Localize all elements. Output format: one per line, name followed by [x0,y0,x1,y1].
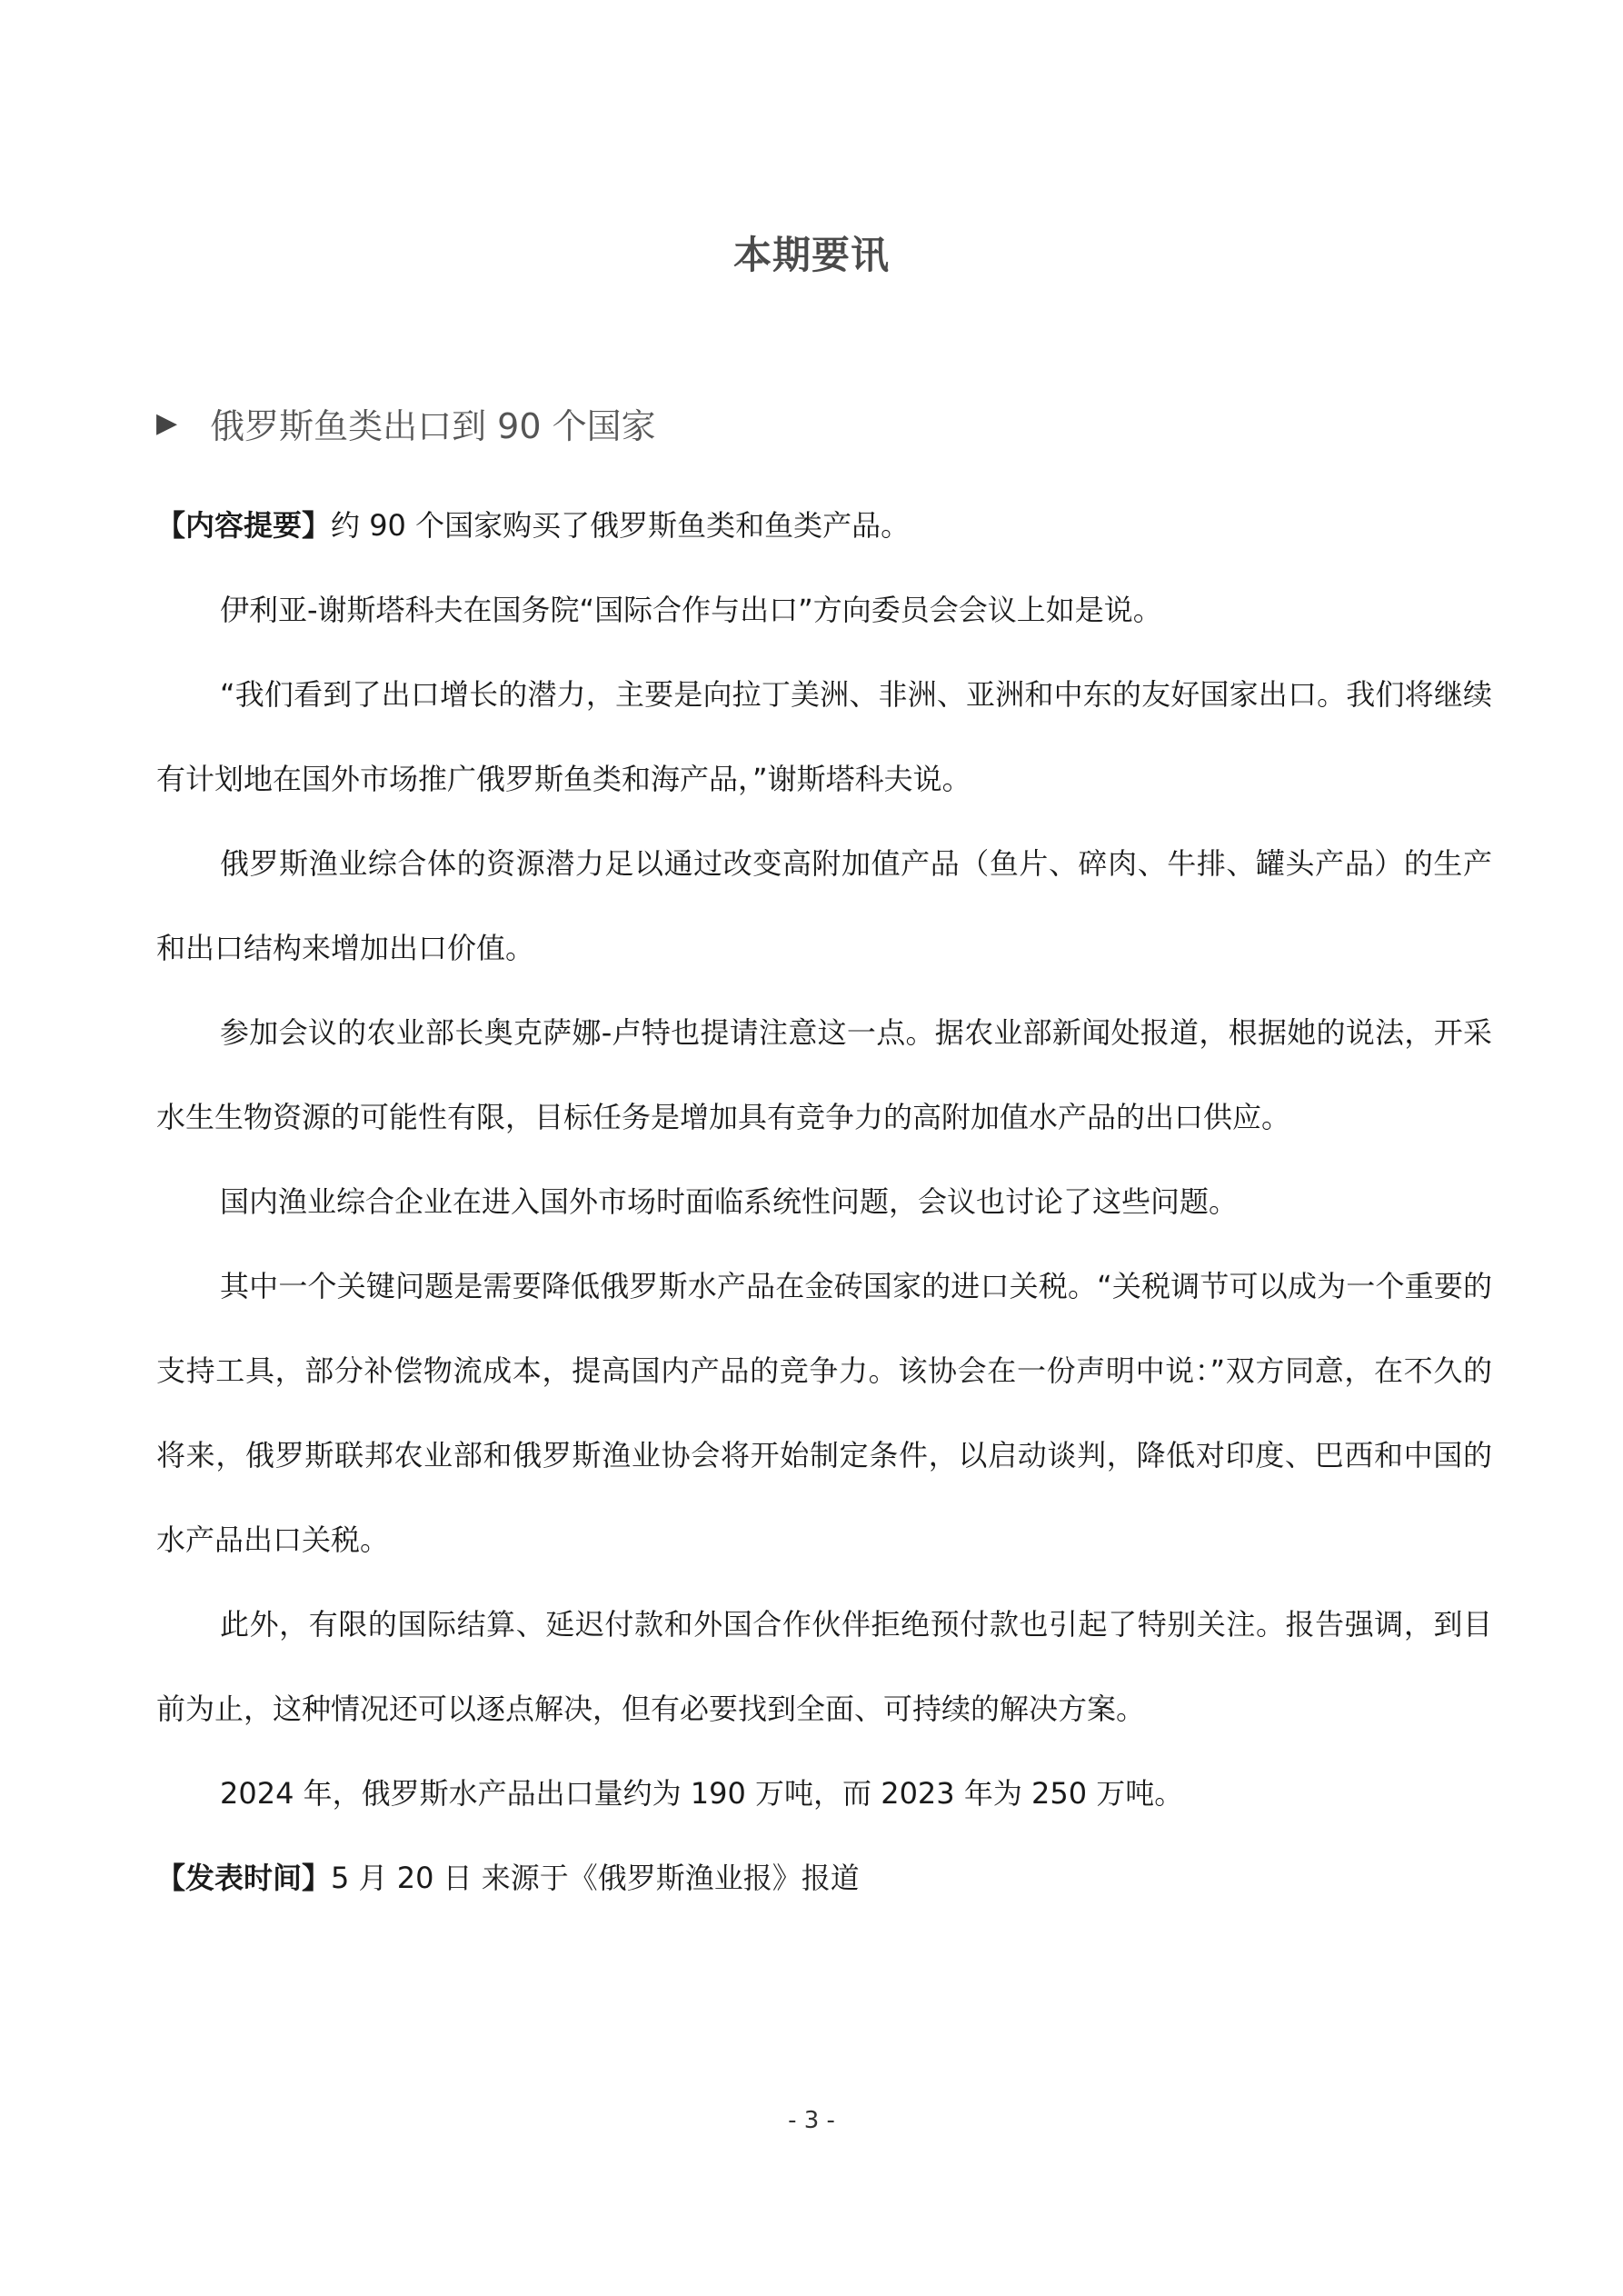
paragraph: “我们看到了出口增长的潜力，主要是向拉丁美洲、非洲、亚洲和中东的友好国家出口。我… [156,653,1492,822]
summary-label: 【内容提要】 [156,508,331,543]
page-title: 本期要讯 [0,225,1623,280]
paragraph: 国内渔业综合企业在进入国外市场时面临系统性问题，会议也讨论了这些问题。 [156,1160,1492,1244]
summary-line: 【内容提要】约 90 个国家购买了俄罗斯鱼类和鱼类产品。 [156,484,1492,568]
paragraph: 俄罗斯渔业综合体的资源潜力足以通过改变高附加值产品（鱼片、碎肉、牛排、罐头产品）… [156,822,1492,991]
paragraph: 2024 年，俄罗斯水产品出口量约为 190 万吨，而 2023 年为 250 … [156,1752,1492,1836]
article-body: 【内容提要】约 90 个国家购买了俄罗斯鱼类和鱼类产品。 伊利亚-谢斯塔科夫在国… [156,484,1492,1921]
section-heading-text: 俄罗斯鱼类出口到 90 个国家 [210,398,656,448]
summary-text: 约 90 个国家购买了俄罗斯鱼类和鱼类产品。 [331,508,910,543]
paragraph: 参加会议的农业部长奥克萨娜-卢特也提请注意这一点。据农业部新闻处报道，根据她的说… [156,991,1492,1160]
publish-line: 【发表时间】5 月 20 日 来源于《俄罗斯渔业报》报道 [156,1836,1492,1921]
publish-label: 【发表时间】 [156,1861,331,1895]
publish-text: 5 月 20 日 来源于《俄罗斯渔业报》报道 [331,1861,860,1895]
paragraph: 伊利亚-谢斯塔科夫在国务院“国际合作与出口”方向委员会会议上如是说。 [156,568,1492,653]
paragraph: 其中一个关键问题是需要降低俄罗斯水产品在金砖国家的进口关税。“关税调节可以成为一… [156,1244,1492,1582]
section-heading: ▶ 俄罗斯鱼类出口到 90 个国家 [156,398,656,448]
page-number: - 3 - [0,2107,1623,2134]
arrow-bullet-icon: ▶ [156,407,177,439]
paragraph: 此外，有限的国际结算、延迟付款和外国合作伙伴拒绝预付款也引起了特别关注。报告强调… [156,1582,1492,1752]
